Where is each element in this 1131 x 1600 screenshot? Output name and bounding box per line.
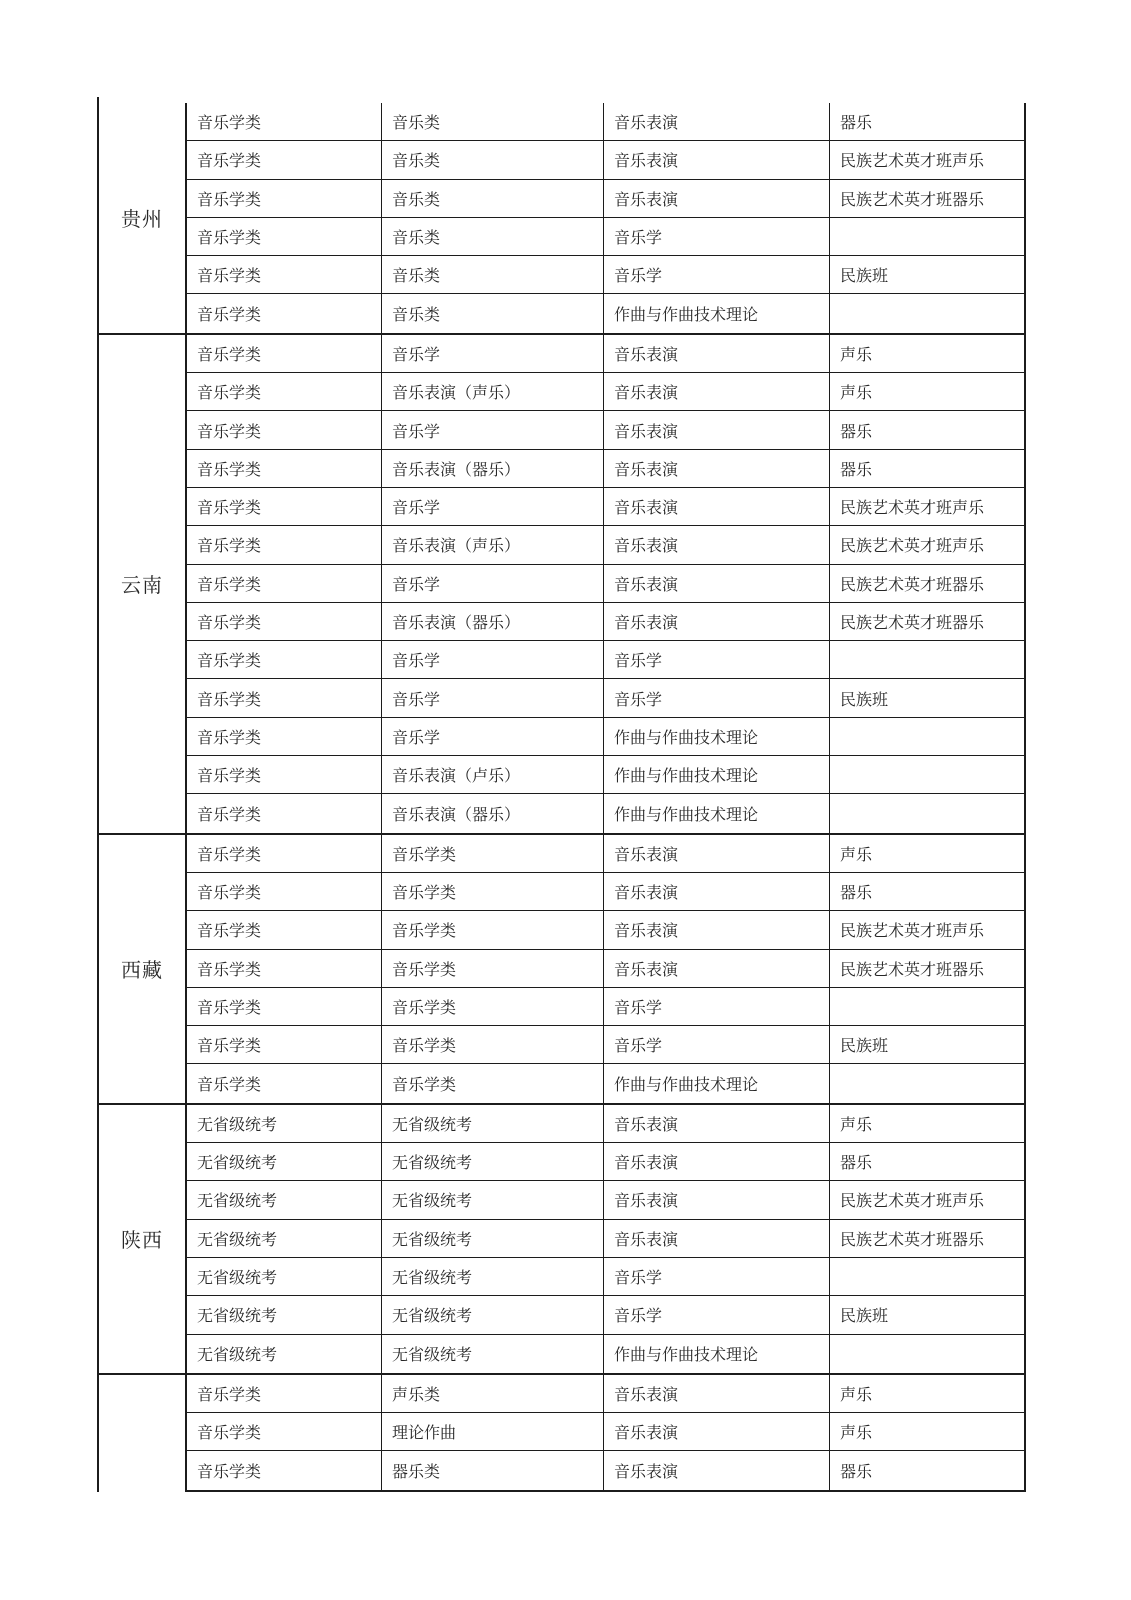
table-row: 音乐学类音乐类作曲与作曲技术理论 (187, 294, 1024, 332)
table-row: 音乐学类音乐学类音乐学民族班 (187, 1026, 1024, 1064)
table-cell: 音乐表演（卢乐） (382, 756, 604, 793)
table-row: 音乐学类音乐类音乐表演器乐 (187, 103, 1024, 141)
table-cell: 音乐学类 (187, 873, 382, 910)
table-cell (830, 294, 1024, 332)
table-cell: 无省级统考 (187, 1258, 382, 1295)
table-cell: 音乐学类 (382, 1026, 604, 1063)
table-row: 音乐学类声乐类音乐表演声乐 (187, 1375, 1024, 1413)
table-cell: 音乐类 (382, 218, 604, 255)
table-cell: 音乐表演 (604, 103, 830, 140)
section-rows: 音乐学类声乐类音乐表演声乐音乐学类理论作曲音乐表演声乐音乐学类器乐类音乐表演器乐 (185, 1375, 1026, 1492)
table-row: 音乐学类音乐学类音乐表演器乐 (187, 873, 1024, 911)
table-cell (830, 1064, 1024, 1102)
table-cell: 音乐学类 (187, 294, 382, 332)
table-row: 音乐学类音乐类音乐学 (187, 218, 1024, 256)
table-cell: 无省级统考 (187, 1181, 382, 1218)
table-cell: 声乐 (830, 335, 1024, 372)
table-cell: 音乐学 (382, 565, 604, 602)
table-cell: 音乐学 (604, 1258, 830, 1295)
table-cell: 音乐表演 (604, 911, 830, 948)
table-cell: 音乐学类 (187, 335, 382, 372)
table-cell: 音乐学类 (187, 218, 382, 255)
table-cell: 音乐表演 (604, 1181, 830, 1218)
table-cell: 音乐学 (604, 679, 830, 716)
table-cell: 音乐学 (382, 488, 604, 525)
table-cell: 音乐学 (604, 641, 830, 678)
table-cell: 音乐学类 (187, 603, 382, 640)
section-rows: 音乐学类音乐学音乐表演声乐音乐学类音乐表演（声乐）音乐表演声乐音乐学类音乐学音乐… (185, 335, 1026, 833)
table-cell: 声乐 (830, 1105, 1024, 1142)
table-cell: 音乐类 (382, 103, 604, 140)
table-cell: 作曲与作曲技术理论 (604, 1064, 830, 1102)
table-cell: 民族班 (830, 1026, 1024, 1063)
table-cell: 音乐学类 (187, 950, 382, 987)
table-cell: 音乐表演 (604, 1105, 830, 1142)
table-cell: 音乐学类 (187, 756, 382, 793)
table-cell: 无省级统考 (187, 1296, 382, 1333)
province-section: 云南音乐学类音乐学音乐表演声乐音乐学类音乐表演（声乐）音乐表演声乐音乐学类音乐学… (97, 333, 1026, 833)
table-cell: 民族班 (830, 679, 1024, 716)
table-cell: 民族艺术英才班声乐 (830, 141, 1024, 178)
province-label (97, 1375, 185, 1492)
table-row: 音乐学类音乐学类音乐表演声乐 (187, 835, 1024, 873)
table-cell: 音乐学 (604, 1026, 830, 1063)
table-cell: 器乐 (830, 411, 1024, 448)
table-cell: 音乐学类 (382, 988, 604, 1025)
table-row: 音乐学类音乐表演（器乐）音乐表演器乐 (187, 450, 1024, 488)
table-cell (830, 756, 1024, 793)
table-cell: 声乐 (830, 1413, 1024, 1450)
table-row: 音乐学类理论作曲音乐表演声乐 (187, 1413, 1024, 1451)
table-cell: 无省级统考 (187, 1220, 382, 1257)
table-cell: 音乐学类 (187, 141, 382, 178)
table-cell: 音乐表演 (604, 141, 830, 178)
table-cell: 无省级统考 (382, 1181, 604, 1218)
province-section: 陕西无省级统考无省级统考音乐表演声乐无省级统考无省级统考音乐表演器乐无省级统考无… (97, 1103, 1026, 1373)
table-cell: 无省级统考 (382, 1220, 604, 1257)
table-cell: 民族艺术英才班声乐 (830, 488, 1024, 525)
table-cell: 声乐 (830, 835, 1024, 872)
table-cell: 音乐表演 (604, 450, 830, 487)
province-section: 音乐学类声乐类音乐表演声乐音乐学类理论作曲音乐表演声乐音乐学类器乐类音乐表演器乐 (97, 1373, 1026, 1492)
table-row: 音乐学类音乐学音乐表演民族艺术英才班声乐 (187, 488, 1024, 526)
table-cell: 民族艺术英才班器乐 (830, 603, 1024, 640)
table-cell: 作曲与作曲技术理论 (604, 794, 830, 832)
table-cell: 作曲与作曲技术理论 (604, 718, 830, 755)
table-cell: 音乐学类 (187, 641, 382, 678)
table-row: 音乐学类音乐学类音乐表演民族艺术英才班声乐 (187, 911, 1024, 949)
table-cell: 音乐学类 (187, 718, 382, 755)
table-cell: 音乐学 (382, 335, 604, 372)
table-cell: 民族艺术英才班声乐 (830, 911, 1024, 948)
province-section: 西藏音乐学类音乐学类音乐表演声乐音乐学类音乐学类音乐表演器乐音乐学类音乐学类音乐… (97, 833, 1026, 1103)
table-cell: 音乐表演 (604, 950, 830, 987)
table-cell: 音乐学类 (187, 1064, 382, 1102)
table-row: 音乐学类音乐学类音乐表演民族艺术英才班器乐 (187, 950, 1024, 988)
table-row: 无省级统考无省级统考音乐表演声乐 (187, 1105, 1024, 1143)
table-row: 音乐学类音乐类音乐表演民族艺术英才班声乐 (187, 141, 1024, 179)
table-row: 音乐学类音乐表演（声乐）音乐表演声乐 (187, 373, 1024, 411)
table-cell: 音乐学类 (187, 256, 382, 293)
table-cell: 音乐学类 (187, 450, 382, 487)
table-cell: 音乐学 (382, 411, 604, 448)
table-cell: 器乐 (830, 1451, 1024, 1489)
table-cell: 民族艺术英才班器乐 (830, 565, 1024, 602)
table-cell: 音乐表演（声乐） (382, 526, 604, 563)
table-row: 音乐学类音乐学音乐表演器乐 (187, 411, 1024, 449)
table-cell: 音乐表演 (604, 335, 830, 372)
table-cell: 音乐表演（声乐） (382, 373, 604, 410)
table-cell: 民族艺术英才班器乐 (830, 950, 1024, 987)
table-cell: 音乐学类 (382, 950, 604, 987)
province-section: 贵州音乐学类音乐类音乐表演器乐音乐学类音乐类音乐表演民族艺术英才班声乐音乐学类音… (97, 103, 1026, 333)
province-label: 贵州 (97, 103, 185, 333)
table-cell (830, 218, 1024, 255)
table-row: 音乐学类音乐类音乐学民族班 (187, 256, 1024, 294)
table-cell: 无省级统考 (382, 1335, 604, 1373)
table-cell: 音乐学类 (187, 411, 382, 448)
table-cell: 无省级统考 (382, 1296, 604, 1333)
table-cell: 声乐类 (382, 1375, 604, 1412)
table-cell: 音乐学类 (187, 565, 382, 602)
table-row: 音乐学类音乐学音乐表演声乐 (187, 335, 1024, 373)
table-cell: 音乐学类 (187, 103, 382, 140)
table-cell: 音乐表演 (604, 488, 830, 525)
table-cell: 音乐表演 (604, 180, 830, 217)
table-cell: 器乐类 (382, 1451, 604, 1489)
table-row: 音乐学类音乐学类作曲与作曲技术理论 (187, 1064, 1024, 1102)
table-cell: 音乐表演 (604, 1220, 830, 1257)
table-cell: 音乐表演（器乐） (382, 450, 604, 487)
table-row: 音乐学类音乐类音乐表演民族艺术英才班器乐 (187, 180, 1024, 218)
table-cell: 无省级统考 (187, 1105, 382, 1142)
table-cell: 民族艺术英才班声乐 (830, 1181, 1024, 1218)
table-row: 无省级统考无省级统考作曲与作曲技术理论 (187, 1335, 1024, 1373)
table-cell: 音乐学类 (187, 1451, 382, 1489)
table-cell: 音乐表演（器乐） (382, 794, 604, 832)
table-cell: 器乐 (830, 873, 1024, 910)
table-cell: 音乐表演 (604, 526, 830, 563)
table-cell: 音乐表演 (604, 411, 830, 448)
table-cell: 音乐类 (382, 294, 604, 332)
table-cell: 音乐学类 (187, 180, 382, 217)
table-row: 音乐学类器乐类音乐表演器乐 (187, 1451, 1024, 1489)
table-cell: 音乐学 (604, 256, 830, 293)
table-cell: 音乐学 (382, 641, 604, 678)
table-cell: 作曲与作曲技术理论 (604, 294, 830, 332)
section-rows: 音乐学类音乐学类音乐表演声乐音乐学类音乐学类音乐表演器乐音乐学类音乐学类音乐表演… (185, 835, 1026, 1103)
table-cell: 声乐 (830, 1375, 1024, 1412)
table-row: 音乐学类音乐学作曲与作曲技术理论 (187, 718, 1024, 756)
table-cell: 音乐学类 (187, 1375, 382, 1412)
table-cell: 音乐学类 (382, 873, 604, 910)
table-cell: 无省级统考 (187, 1335, 382, 1373)
table-row: 无省级统考无省级统考音乐表演民族艺术英才班声乐 (187, 1181, 1024, 1219)
table-cell (830, 718, 1024, 755)
table-row: 无省级统考无省级统考音乐学民族班 (187, 1296, 1024, 1334)
province-label: 陕西 (97, 1105, 185, 1373)
table-cell: 器乐 (830, 1143, 1024, 1180)
table-cell: 民族艺术英才班器乐 (830, 1220, 1024, 1257)
table-row: 音乐学类音乐表演（声乐）音乐表演民族艺术英才班声乐 (187, 526, 1024, 564)
table-cell: 音乐学 (382, 679, 604, 716)
table-cell: 音乐表演 (604, 1143, 830, 1180)
table-cell (830, 988, 1024, 1025)
table-cell: 音乐表演 (604, 835, 830, 872)
table-cell: 音乐学 (604, 1296, 830, 1333)
table-cell: 音乐学类 (187, 1026, 382, 1063)
table-cell: 音乐学类 (187, 679, 382, 716)
table-cell (830, 641, 1024, 678)
table-cell: 音乐学类 (187, 794, 382, 832)
table-cell: 理论作曲 (382, 1413, 604, 1450)
table-cell: 声乐 (830, 373, 1024, 410)
table-cell: 音乐表演 (604, 373, 830, 410)
table-row: 音乐学类音乐表演（器乐）作曲与作曲技术理论 (187, 794, 1024, 832)
table-row: 音乐学类音乐学音乐学 (187, 641, 1024, 679)
table-cell: 音乐学类 (187, 488, 382, 525)
table-cell: 音乐表演 (604, 565, 830, 602)
table-cell: 音乐学 (604, 988, 830, 1025)
table-cell: 音乐学类 (187, 911, 382, 948)
table-cell: 音乐表演 (604, 1451, 830, 1489)
province-label: 云南 (97, 335, 185, 833)
exam-category-table: 贵州音乐学类音乐类音乐表演器乐音乐学类音乐类音乐表演民族艺术英才班声乐音乐学类音… (97, 103, 1026, 1492)
table-row: 无省级统考无省级统考音乐表演民族艺术英才班器乐 (187, 1220, 1024, 1258)
table-row: 音乐学类音乐学音乐表演民族艺术英才班器乐 (187, 565, 1024, 603)
table-cell: 音乐类 (382, 256, 604, 293)
table-row: 音乐学类音乐学音乐学民族班 (187, 679, 1024, 717)
table-row: 无省级统考无省级统考音乐表演器乐 (187, 1143, 1024, 1181)
table-cell: 民族班 (830, 256, 1024, 293)
table-cell: 音乐表演 (604, 603, 830, 640)
table-cell: 无省级统考 (187, 1143, 382, 1180)
table-cell: 音乐表演 (604, 1375, 830, 1412)
table-cell: 音乐表演 (604, 1413, 830, 1450)
table-row: 音乐学类音乐表演（卢乐）作曲与作曲技术理论 (187, 756, 1024, 794)
table-cell: 器乐 (830, 450, 1024, 487)
table-cell: 音乐学类 (187, 526, 382, 563)
table-cell: 音乐学 (604, 218, 830, 255)
table-cell: 音乐学类 (187, 373, 382, 410)
table-cell: 音乐学类 (382, 1064, 604, 1102)
section-rows: 无省级统考无省级统考音乐表演声乐无省级统考无省级统考音乐表演器乐无省级统考无省级… (185, 1105, 1026, 1373)
table-cell (830, 1335, 1024, 1373)
table-row: 无省级统考无省级统考音乐学 (187, 1258, 1024, 1296)
table-cell: 民族艺术英才班声乐 (830, 526, 1024, 563)
table-cell: 作曲与作曲技术理论 (604, 756, 830, 793)
table-cell: 器乐 (830, 103, 1024, 140)
table-cell: 作曲与作曲技术理论 (604, 1335, 830, 1373)
table-cell: 音乐学类 (382, 835, 604, 872)
table-cell: 音乐表演（器乐） (382, 603, 604, 640)
province-label: 西藏 (97, 835, 185, 1103)
table-row: 音乐学类音乐学类音乐学 (187, 988, 1024, 1026)
table-cell: 民族班 (830, 1296, 1024, 1333)
table-cell: 音乐学类 (187, 1413, 382, 1450)
table-cell: 音乐表演 (604, 873, 830, 910)
table-cell: 音乐学类 (187, 988, 382, 1025)
table-cell (830, 794, 1024, 832)
table-cell: 无省级统考 (382, 1258, 604, 1295)
table-cell: 无省级统考 (382, 1105, 604, 1142)
section-rows: 音乐学类音乐类音乐表演器乐音乐学类音乐类音乐表演民族艺术英才班声乐音乐学类音乐类… (185, 103, 1026, 333)
table-cell: 音乐类 (382, 141, 604, 178)
table-cell: 民族艺术英才班器乐 (830, 180, 1024, 217)
table-cell: 音乐学类 (187, 835, 382, 872)
table-cell: 音乐学类 (382, 911, 604, 948)
table-cell: 音乐学 (382, 718, 604, 755)
table-cell (830, 1258, 1024, 1295)
table-cell: 无省级统考 (382, 1143, 604, 1180)
table-cell: 音乐类 (382, 180, 604, 217)
table-row: 音乐学类音乐表演（器乐）音乐表演民族艺术英才班器乐 (187, 603, 1024, 641)
